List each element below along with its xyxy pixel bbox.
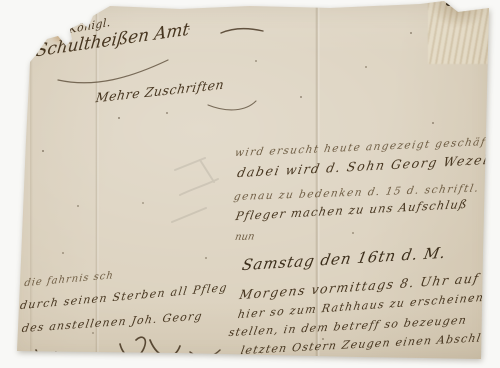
address-underline-swash <box>58 60 168 83</box>
cutoff-line-flourish <box>150 340 180 357</box>
scanned-letter-photo: Ins Königl. Schultheißen Amt Mehre Zusch… <box>0 0 500 368</box>
body-line-3: genau zu bedenken d. 15 d. schriftl. <box>233 182 481 203</box>
cutoff-line-flourish <box>36 350 56 360</box>
body2-line-4: letzten Ostern Zeugen einen Abschluß <box>240 331 500 358</box>
ink-flourishes <box>0 0 500 368</box>
torn-corner-stain <box>11 7 55 44</box>
left-edge-crease <box>30 4 33 356</box>
margin-line-1: die fahrnis sch <box>24 270 115 289</box>
ink-bleedthrough-mark <box>180 179 218 195</box>
aged-paper-sheet: Ins Königl. Schultheißen Amt Mehre Zusch… <box>0 0 500 368</box>
margin-line-2: durch seinen Sterben all Pfleg <box>19 281 229 312</box>
ink-bleedthrough-mark <box>200 160 214 182</box>
paper-shadow: Ins Königl. Schultheißen Amt Mehre Zusch… <box>0 0 500 368</box>
ink-bleedthrough-mark <box>172 208 206 222</box>
paper-specks <box>0 0 2 2</box>
body-line-2: dabei wird d. Sohn Georg Wezel, <box>236 152 496 181</box>
body2-line-1: Morgens vormittags 8. Uhr auf d. <box>238 269 500 302</box>
date-line: Samstag den 16tn d. M. <box>241 244 448 275</box>
cutoff-line-flourish <box>190 350 220 357</box>
ink-bleedthrough-mark <box>175 158 205 170</box>
vertical-fold-crease-left <box>95 4 99 356</box>
address-line-2: Königl. <box>69 16 112 37</box>
body-line-1: wird ersucht heute angezeigt geschäftl. <box>234 135 500 159</box>
torn-corner-stain-faint <box>50 29 72 44</box>
body-line-4: Pfleger machen zu uns Aufschluß <box>235 197 470 223</box>
wrinkled-corner-stain <box>428 0 490 64</box>
address-tail-swash <box>208 101 256 110</box>
address-line-1: Ins <box>55 5 73 22</box>
margin-line-3: des anstellenen Joh. Georg <box>21 309 204 335</box>
body2-line-3: stellen, in dem betreff so bezeugen <box>228 314 468 340</box>
cutoff-line-flourish <box>120 337 145 357</box>
vertical-fold-crease-center <box>315 4 320 356</box>
body2-line-2: hier so zum Rathhaus zu erscheinen und <box>237 289 500 321</box>
address-line-4: Mehre Zuschriften <box>95 77 226 106</box>
top-pen-dash <box>221 29 263 33</box>
body-line-5: nun <box>234 231 255 243</box>
wax-speck <box>446 2 452 6</box>
